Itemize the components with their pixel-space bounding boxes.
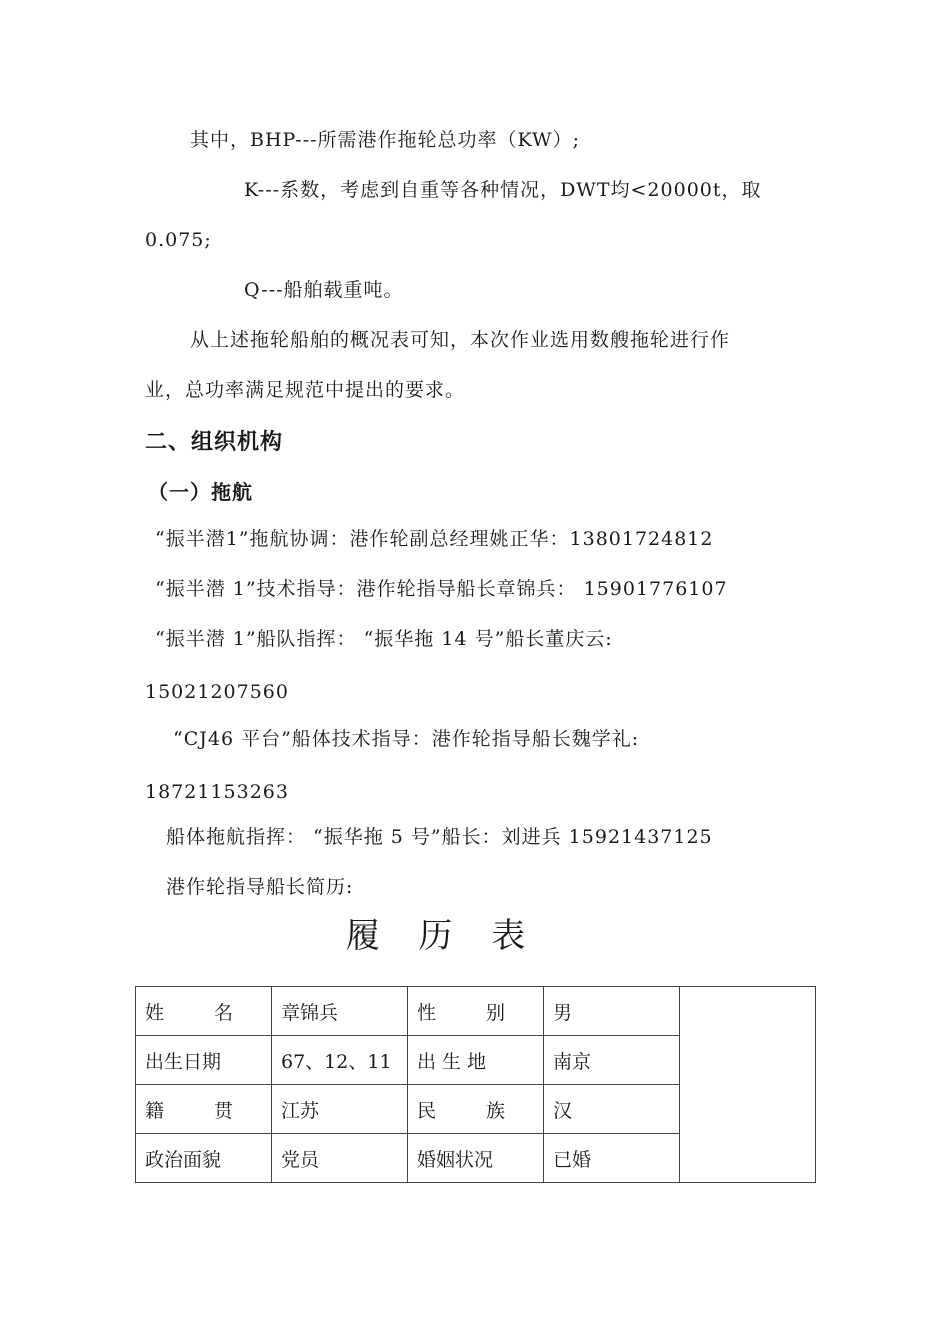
value-gender: 男	[544, 987, 680, 1036]
contact-hull-tech: “CJ46 平台”船体技术指导：港作轮指导船长魏学礼:	[173, 727, 639, 751]
contact-tech-guidance: “振半潜 1”技术指导：港作轮指导船长章锦兵： 15901776107	[155, 577, 728, 601]
label-gender: 性别	[408, 987, 544, 1036]
summary-paragraph: 从上述拖轮船舶的概况表可知，本次作业选用数艘拖轮进行作	[190, 328, 730, 352]
contact-coordination: “振半潜1”拖航协调：港作轮副总经理姚正华：13801724812	[155, 527, 714, 551]
contact-hull-tech-phone: 18721153263	[145, 780, 289, 804]
contact-fleet-command-phone: 15021207560	[145, 680, 289, 704]
label-native-place: 籍贯	[136, 1085, 272, 1134]
value-name: 章锦兵	[272, 987, 408, 1036]
label-marital-status: 婚姻状况	[408, 1134, 544, 1183]
subsection-heading: （一）拖航	[148, 476, 253, 505]
label-ethnicity: 民族	[408, 1085, 544, 1134]
value-marital-status: 已婚	[544, 1134, 680, 1183]
photo-cell	[680, 987, 816, 1183]
resume-table: 姓名 章锦兵 性别 男 出生日期 67、12、11 出 生 地 南京 籍贯 江苏…	[135, 986, 816, 1183]
table-row: 姓名 章锦兵 性别 男	[136, 987, 816, 1036]
value-birthplace: 南京	[544, 1036, 680, 1085]
contact-hull-tow-command: 船体拖航指挥： “振华拖 5 号”船长：刘进兵 15921437125	[166, 825, 713, 849]
contact-fleet-command: “振半潜 1”船队指挥： “振华拖 14 号”船长董庆云:	[155, 627, 613, 651]
value-native-place: 江苏	[272, 1085, 408, 1134]
q-definition: Q---船舶载重吨。	[244, 278, 404, 302]
summary-paragraph-continued: 业，总功率满足规范中提出的要求。	[145, 378, 465, 402]
k-definition: K---系数，考虑到自重等各种情况，DWT均<20000t，取	[244, 178, 762, 202]
resume-title: 履 历 表	[0, 914, 885, 958]
section-heading: 二、组织机构	[145, 425, 283, 456]
k-definition-continued: 0.075;	[145, 228, 212, 252]
value-ethnicity: 汉	[544, 1085, 680, 1134]
value-birth-date: 67、12、11	[272, 1036, 408, 1085]
label-birthplace: 出 生 地	[408, 1036, 544, 1085]
resume-intro: 港作轮指导船长简历:	[166, 875, 353, 899]
bhp-definition: 其中，BHP---所需港作拖轮总功率（KW）;	[190, 128, 580, 152]
value-political-status: 党员	[272, 1134, 408, 1183]
label-political-status: 政治面貌	[136, 1134, 272, 1183]
label-name: 姓名	[136, 987, 272, 1036]
label-birth-date: 出生日期	[136, 1036, 272, 1085]
